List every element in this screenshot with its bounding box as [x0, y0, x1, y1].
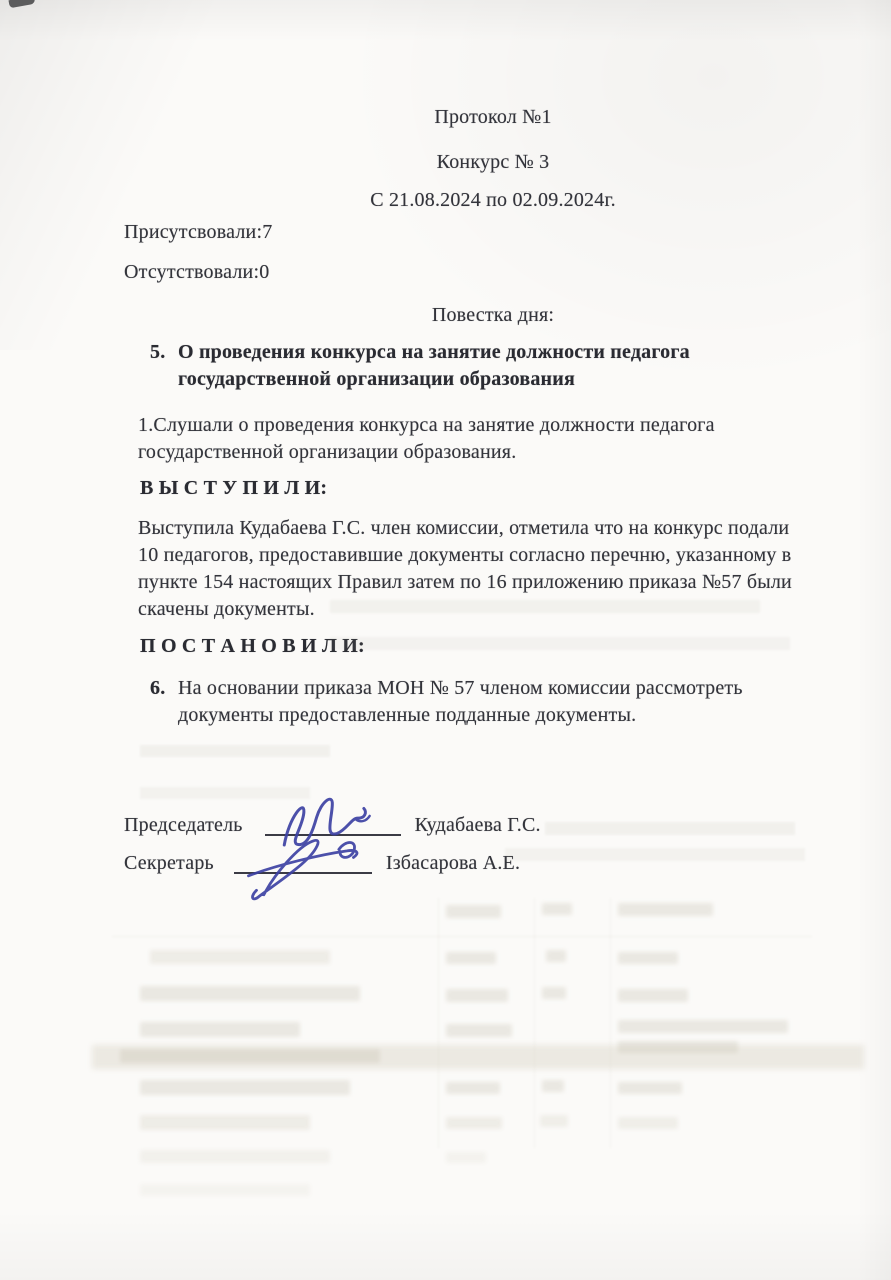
resolution-item-text: На основании приказа МОН № 57 членом ком…: [178, 675, 743, 729]
bleed-through-cell: [446, 1082, 500, 1094]
secretary-role-label: Секретарь: [124, 850, 214, 877]
bleed-through-cell: [446, 952, 496, 964]
bleed-through-artifact: [545, 822, 795, 835]
bleed-through-cell: [446, 1024, 512, 1037]
doc-date-range: С 21.08.2024 по 02.09.2024г.: [120, 187, 866, 214]
secretary-signature-row: Секретарь Ізбасарова А.Е.: [124, 850, 520, 877]
bleed-through-cell: [140, 1184, 310, 1196]
bleed-through-cell: [618, 1041, 738, 1053]
absent-count: Отсутствовали:0: [124, 259, 269, 286]
agenda-heading: Повестка дня:: [120, 302, 866, 329]
agenda-item-number: 5.: [150, 339, 178, 393]
bleed-through-artifact: [140, 745, 330, 757]
spoke-heading: В Ы С Т У П И Л И:: [140, 475, 327, 502]
bleed-through-artifact: [140, 787, 310, 799]
bleed-through-rule: [112, 936, 812, 937]
bleed-through-cell: [446, 1152, 486, 1163]
bleed-through-rule: [534, 898, 535, 1148]
bleed-through-band: [92, 1045, 864, 1069]
bleed-through-cell: [446, 989, 508, 1002]
bleed-through-cell: [542, 903, 572, 915]
bleed-through-cell: [140, 1022, 300, 1037]
bleed-through-cell: [546, 950, 566, 962]
chairman-signature-row: Председатель Кудабаева Г.С.: [124, 812, 541, 839]
bleed-through-artifact: [330, 637, 790, 650]
bleed-through-rule: [610, 898, 611, 1148]
bleed-through-cell: [540, 1115, 568, 1127]
bleed-through-cell: [140, 1115, 310, 1130]
doc-title: Протокол №1: [120, 104, 866, 131]
bleed-through-cell: [618, 989, 688, 1002]
bleed-through-cell: [150, 950, 330, 964]
chairman-signature-line: [265, 814, 401, 836]
bleed-through-cell: [618, 1117, 678, 1129]
bleed-through-artifact: [505, 848, 805, 861]
scanned-page: Протокол №1 Конкурс № 3 С 21.08.2024 по …: [0, 0, 891, 1280]
bleed-through-cell: [140, 1150, 330, 1163]
bleed-through-cell: [446, 905, 501, 918]
bleed-through-cell: [446, 1117, 502, 1129]
bleed-through-cell: [618, 1020, 788, 1033]
resolved-heading: П О С Т А Н О В И Л И:: [140, 633, 365, 660]
bleed-through-cell: [618, 1082, 682, 1094]
bleed-through-cell: [542, 1080, 564, 1092]
present-count: Присутсвовали:7: [124, 219, 272, 246]
corner-smudge: [9, 0, 36, 8]
agenda-item-text: О проведения конкурса на занятие должнос…: [178, 339, 690, 393]
secretary-signature-line: [234, 852, 372, 874]
chairman-role-label: Председатель: [124, 812, 243, 839]
bleed-through-cell: [140, 986, 360, 1001]
listened-paragraph: 1.Слушали о проведения конкурса на занят…: [138, 412, 715, 466]
resolution-item-number: 6.: [150, 675, 178, 729]
chairman-name: Кудабаева Г.С.: [415, 812, 541, 839]
bleed-through-rule: [438, 898, 439, 1148]
bleed-through-cell: [618, 903, 713, 916]
secretary-name: Ізбасарова А.Е.: [386, 850, 520, 877]
spoke-paragraph: Выступила Кудабаева Г.С. член комиссии, …: [138, 515, 792, 623]
bleed-through-cell: [120, 1049, 380, 1063]
bleed-through-cell: [542, 987, 566, 999]
agenda-item-5: 5. О проведения конкурса на занятие долж…: [150, 339, 770, 393]
resolution-item-6: 6. На основании приказа МОН № 57 членом …: [150, 675, 790, 729]
doc-subtitle-contest: Конкурс № 3: [120, 149, 866, 176]
bleed-through-cell: [140, 1080, 350, 1095]
bleed-through-cell: [618, 952, 678, 964]
